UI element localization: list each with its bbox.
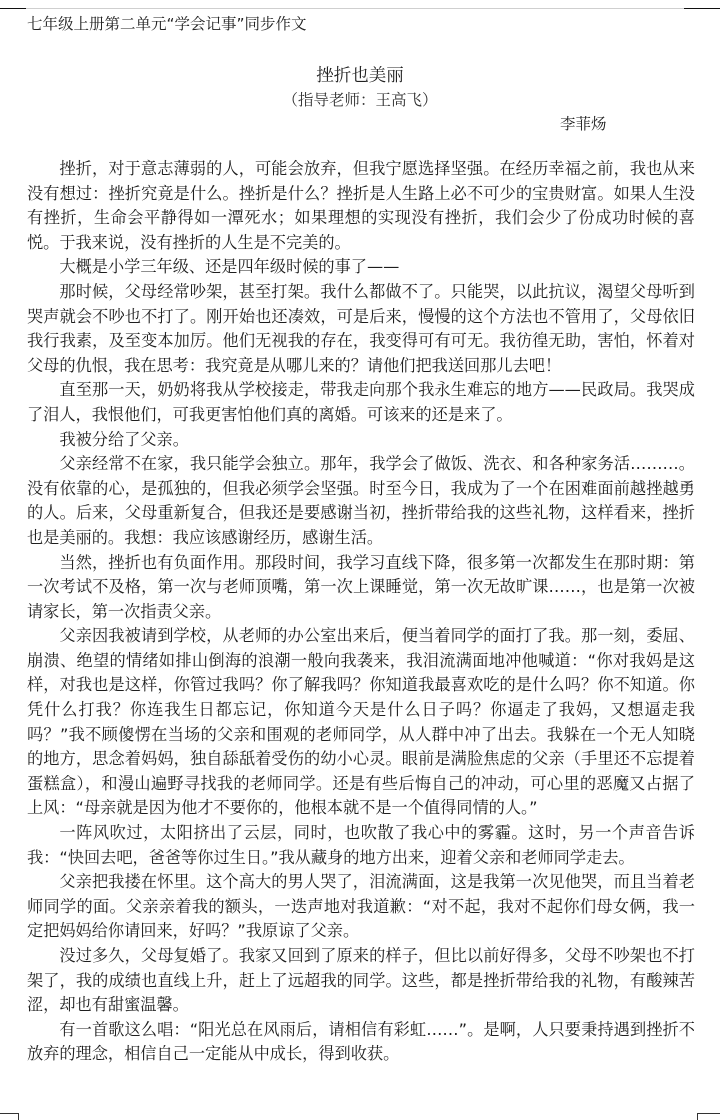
essay-title: 挫折也美丽: [0, 62, 720, 87]
top-rule-right: [684, 8, 720, 9]
crop-mark-left: [0, 1113, 19, 1120]
paragraph: 一阵风吹过，太阳挤出了云层，同时，也吹散了我心中的雾霾。这时，另一个声音告诉我：…: [27, 821, 695, 870]
paragraph: 父亲经常不在家，我只能学会独立。那年，我学会了做饭、洗衣、和各种家务活………。没…: [27, 452, 695, 550]
paragraph: 大概是小学三年级、还是四年级时候的事了——: [27, 255, 695, 280]
paragraph: 我被分给了父亲。: [27, 428, 695, 453]
paragraph: 直至那一天，奶奶将我从学校接走，带我走向那个我永生难忘的地方——民政局。我哭成了…: [27, 378, 695, 427]
essay-body: 挫折，对于意志薄弱的人，可能会放弃，但我宁愿选择坚强。在经历幸福之前，我也从来没…: [27, 157, 695, 1067]
top-rule: [26, 8, 686, 9]
paragraph: 那时候，父母经常吵架，甚至打架。我什么都做不了。只能哭，以此抗议，渴望父母听到哭…: [27, 280, 695, 378]
paragraph: 当然，挫折也有负面作用。那段时间，我学习直线下降，很多第一次都发生在那时期：第一…: [27, 551, 695, 625]
essay-author: 李菲炀: [560, 112, 607, 134]
document-header: 七年级上册第二单元“学会记事”同步作文: [27, 12, 307, 34]
paragraph: 父亲把我搂在怀里。这个高大的男人哭了，泪流满面，这是我第一次见他哭，而且当着老师…: [27, 870, 695, 944]
paragraph: 有一首歌这么唱：“阳光总在风雨后，请相信有彩虹……”。是啊，人只要秉持遇到挫折不…: [27, 1018, 695, 1067]
crop-mark-right: [697, 1113, 720, 1120]
essay-subtitle: （指导老师：王高飞）: [0, 88, 720, 110]
paragraph: 没过多久，父母复婚了。我家又回到了原来的样子，但比以前好得多，父母不吵架也不打架…: [27, 944, 695, 1018]
paragraph: 父亲因我被请到学校，从老师的办公室出来后，便当着同学的面打了我。那一刻，委屈、崩…: [27, 624, 695, 821]
paragraph: 挫折，对于意志薄弱的人，可能会放弃，但我宁愿选择坚强。在经历幸福之前，我也从来没…: [27, 157, 695, 255]
top-rule-left: [0, 8, 26, 9]
